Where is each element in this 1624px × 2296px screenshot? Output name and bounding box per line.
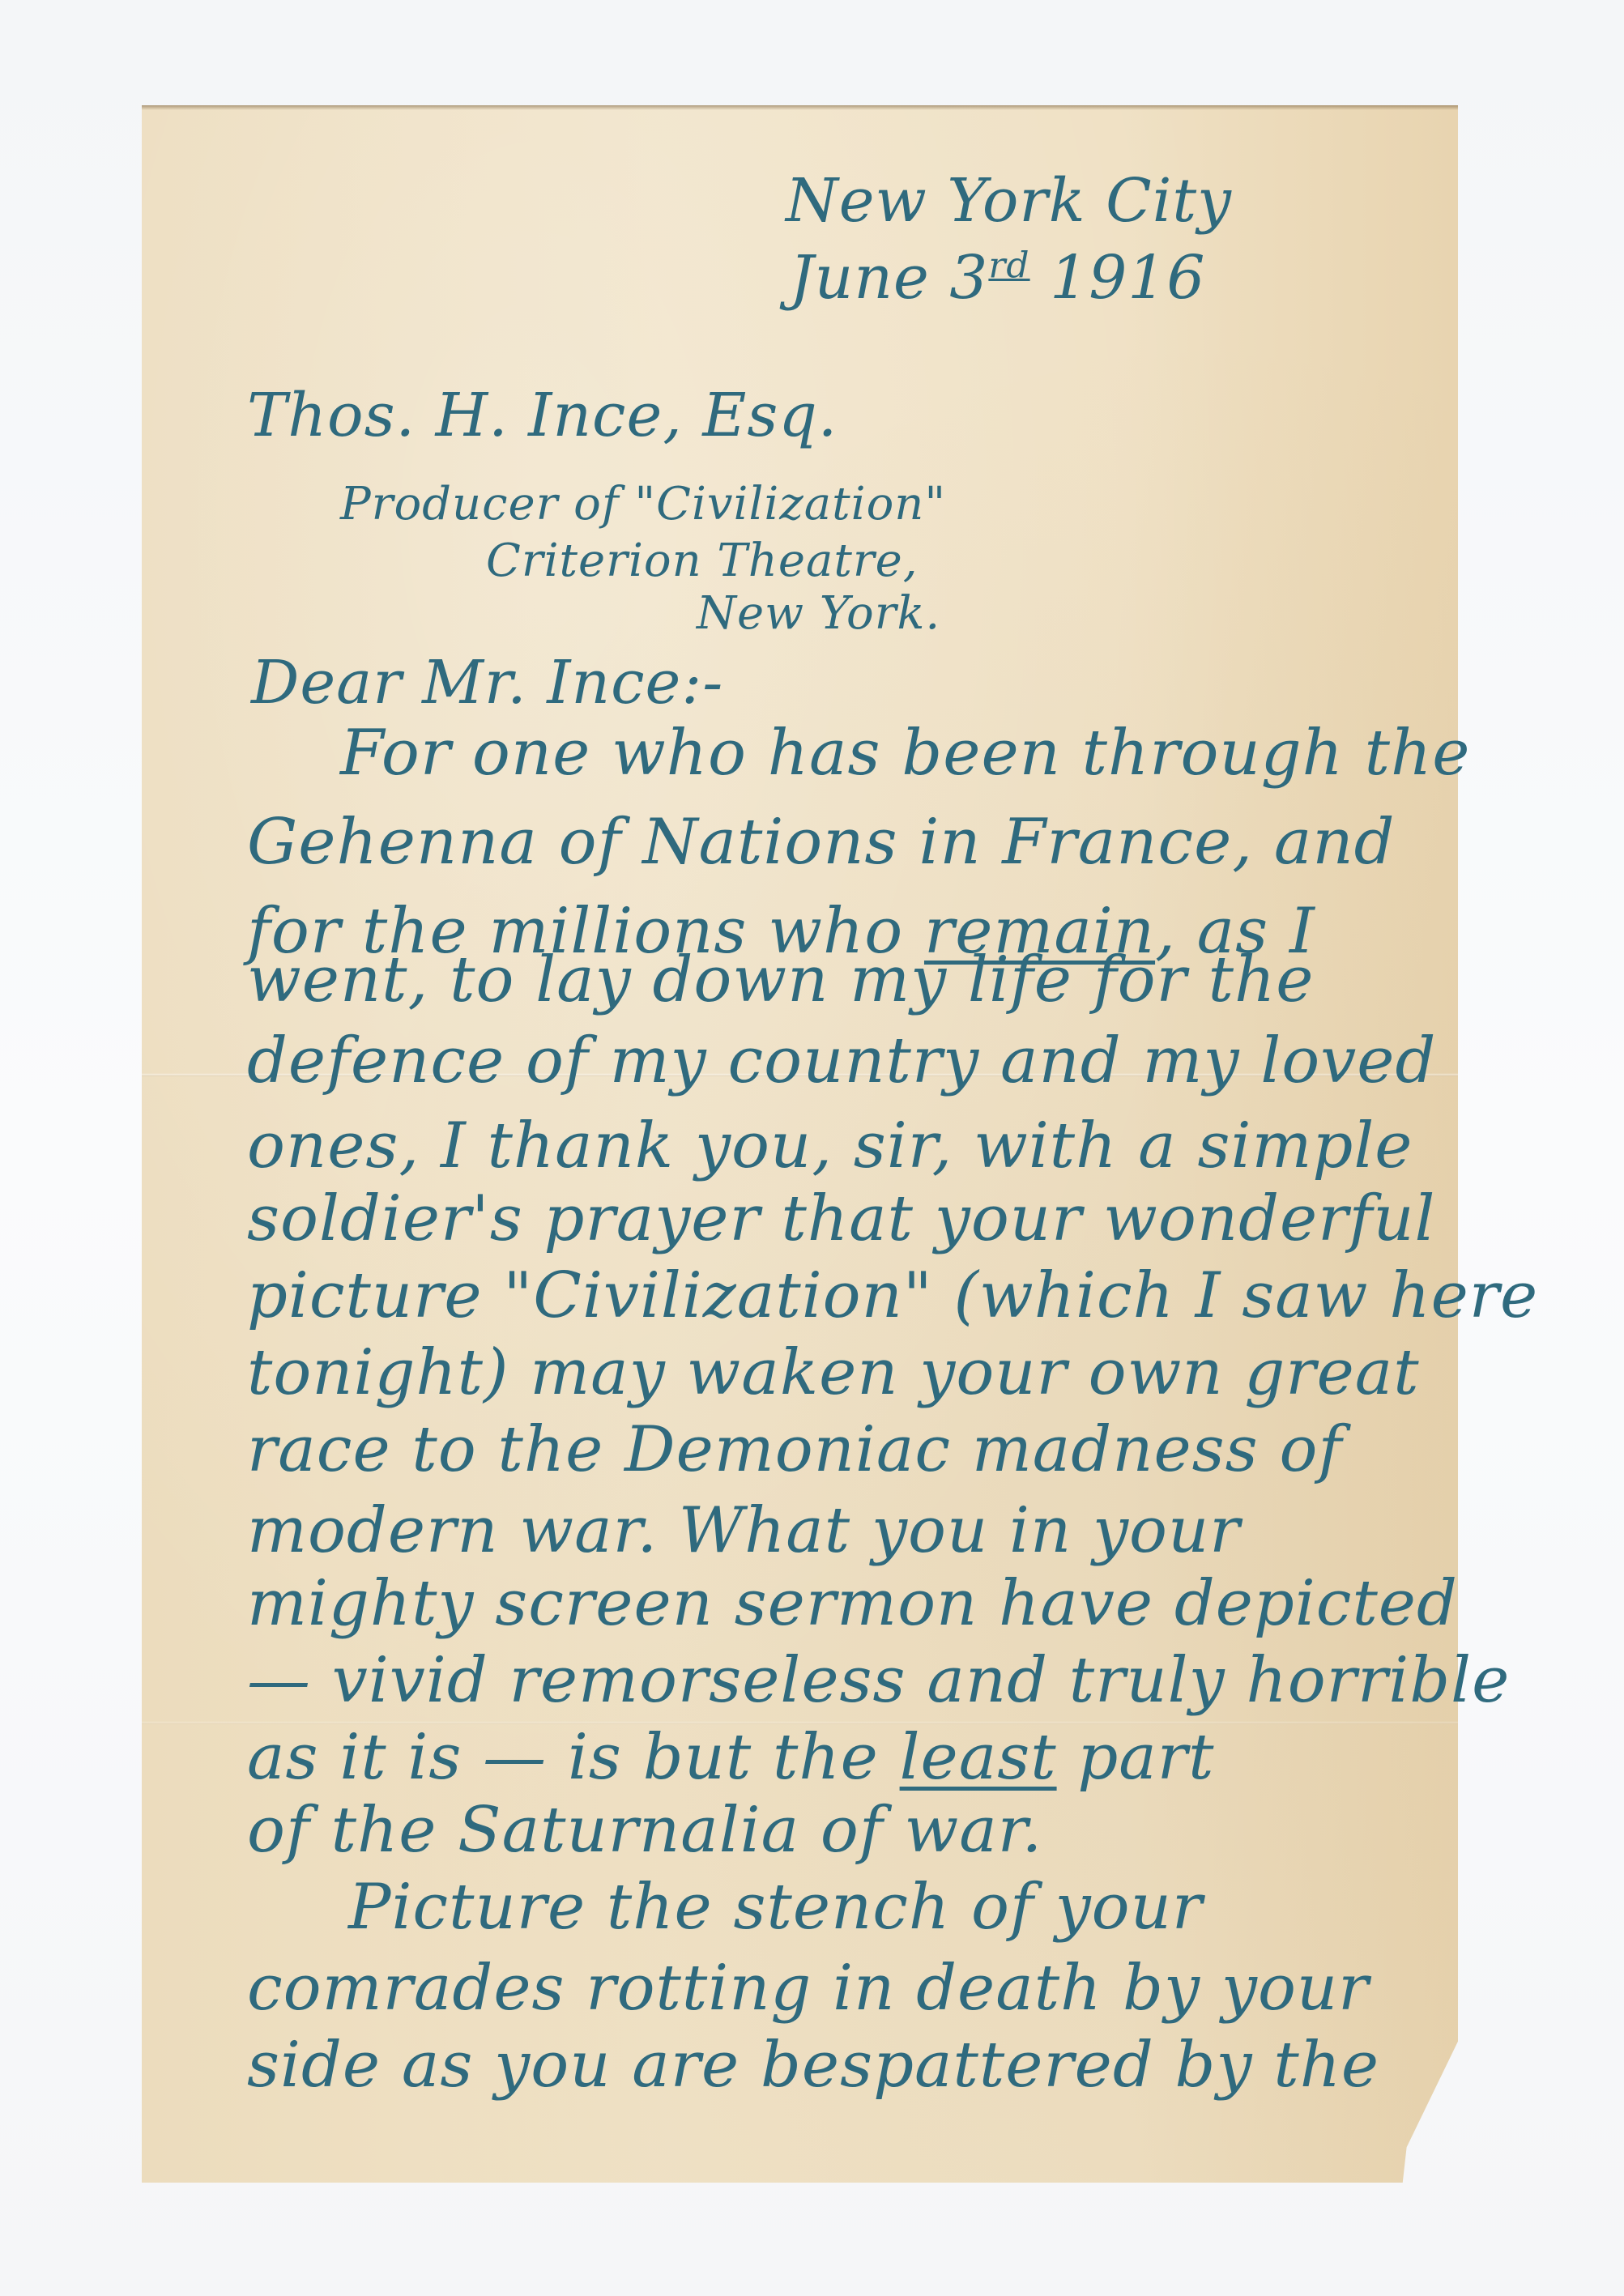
body-text: Picture the stench of your bbox=[348, 1871, 1203, 1944]
body-text: modern war. What you in your bbox=[247, 1494, 1241, 1567]
date-year: 1916 bbox=[1050, 243, 1205, 313]
body-line: — vivid remorseless and truly horrible bbox=[247, 1644, 1510, 1717]
body-line: went, to lay down my life for the bbox=[247, 944, 1314, 1016]
body-line: soldier's prayer that your wonderful bbox=[247, 1182, 1436, 1255]
salutation: Dear Mr. Ince:- bbox=[251, 648, 723, 718]
body-text: For one who has been through the bbox=[340, 717, 1470, 790]
body-text: mighty screen sermon have depicted bbox=[247, 1567, 1458, 1640]
body-line: modern war. What you in your bbox=[247, 1494, 1241, 1567]
body-line: side as you are bespattered by the bbox=[247, 2029, 1379, 2102]
body-line: Gehenna of Nations in France, and bbox=[247, 806, 1396, 879]
date-month-day: June 3 bbox=[790, 243, 988, 313]
recipient-city-text: New York. bbox=[697, 587, 940, 640]
recipient-title-text: Producer of "Civilization" bbox=[340, 478, 946, 530]
body-line: mighty screen sermon have depicted bbox=[247, 1567, 1458, 1640]
date-suffix: rd bbox=[988, 245, 1029, 286]
body-line: For one who has been through the bbox=[340, 717, 1470, 790]
body-text: — vivid remorseless and truly horrible bbox=[247, 1644, 1510, 1717]
place-text: New York City bbox=[786, 166, 1232, 236]
recipient-venue-text: Criterion Theatre, bbox=[486, 535, 919, 587]
body-text: tonight) may waken your own great bbox=[247, 1336, 1420, 1409]
recipient-name: Thos. H. Ince, Esq. bbox=[247, 381, 838, 450]
body-line: ones, I thank you, sir, with a simple bbox=[247, 1110, 1413, 1182]
recipient-text: Thos. H. Ince, Esq. bbox=[247, 381, 838, 450]
body-line: picture "Civilization" (which I saw here bbox=[247, 1259, 1538, 1332]
recipient-city: New York. bbox=[697, 587, 940, 640]
body-text: side as you are bespattered by the bbox=[247, 2029, 1379, 2102]
body-text: soldier's prayer that your wonderful bbox=[247, 1182, 1436, 1255]
body-text: comrades rotting in death by your bbox=[247, 1952, 1369, 2025]
body-text: part bbox=[1057, 1721, 1215, 1794]
date-line: June 3rd 1916 bbox=[790, 243, 1205, 313]
body-line: tonight) may waken your own great bbox=[247, 1336, 1420, 1409]
body-text: ones, I thank you, sir, with a simple bbox=[247, 1110, 1413, 1182]
body-text: Gehenna of Nations in France, and bbox=[247, 806, 1396, 879]
place-line: New York City bbox=[786, 166, 1232, 236]
body-text: picture "Civilization" (which I saw here bbox=[247, 1259, 1538, 1332]
body-line: of the Saturnalia of war. bbox=[247, 1794, 1042, 1867]
body-line: comrades rotting in death by your bbox=[247, 1952, 1369, 2025]
body-text: as it is — is but the bbox=[247, 1721, 900, 1794]
salutation-text: Dear Mr. Ince:- bbox=[251, 648, 723, 718]
body-text: defence of my country and my loved bbox=[247, 1024, 1436, 1097]
body-text: race to the Demoniac madness of bbox=[247, 1413, 1342, 1486]
body-text: of the Saturnalia of war. bbox=[247, 1794, 1042, 1867]
emphasized-word: least bbox=[900, 1721, 1057, 1794]
body-line: race to the Demoniac madness of bbox=[247, 1413, 1342, 1486]
body-line: as it is — is but the least part bbox=[247, 1721, 1214, 1794]
recipient-title: Producer of "Civilization" bbox=[340, 478, 946, 530]
body-text: went, to lay down my life for the bbox=[247, 944, 1314, 1016]
body-line: defence of my country and my loved bbox=[247, 1024, 1436, 1097]
recipient-venue: Criterion Theatre, bbox=[486, 535, 919, 587]
body-line: Picture the stench of your bbox=[348, 1871, 1203, 1944]
